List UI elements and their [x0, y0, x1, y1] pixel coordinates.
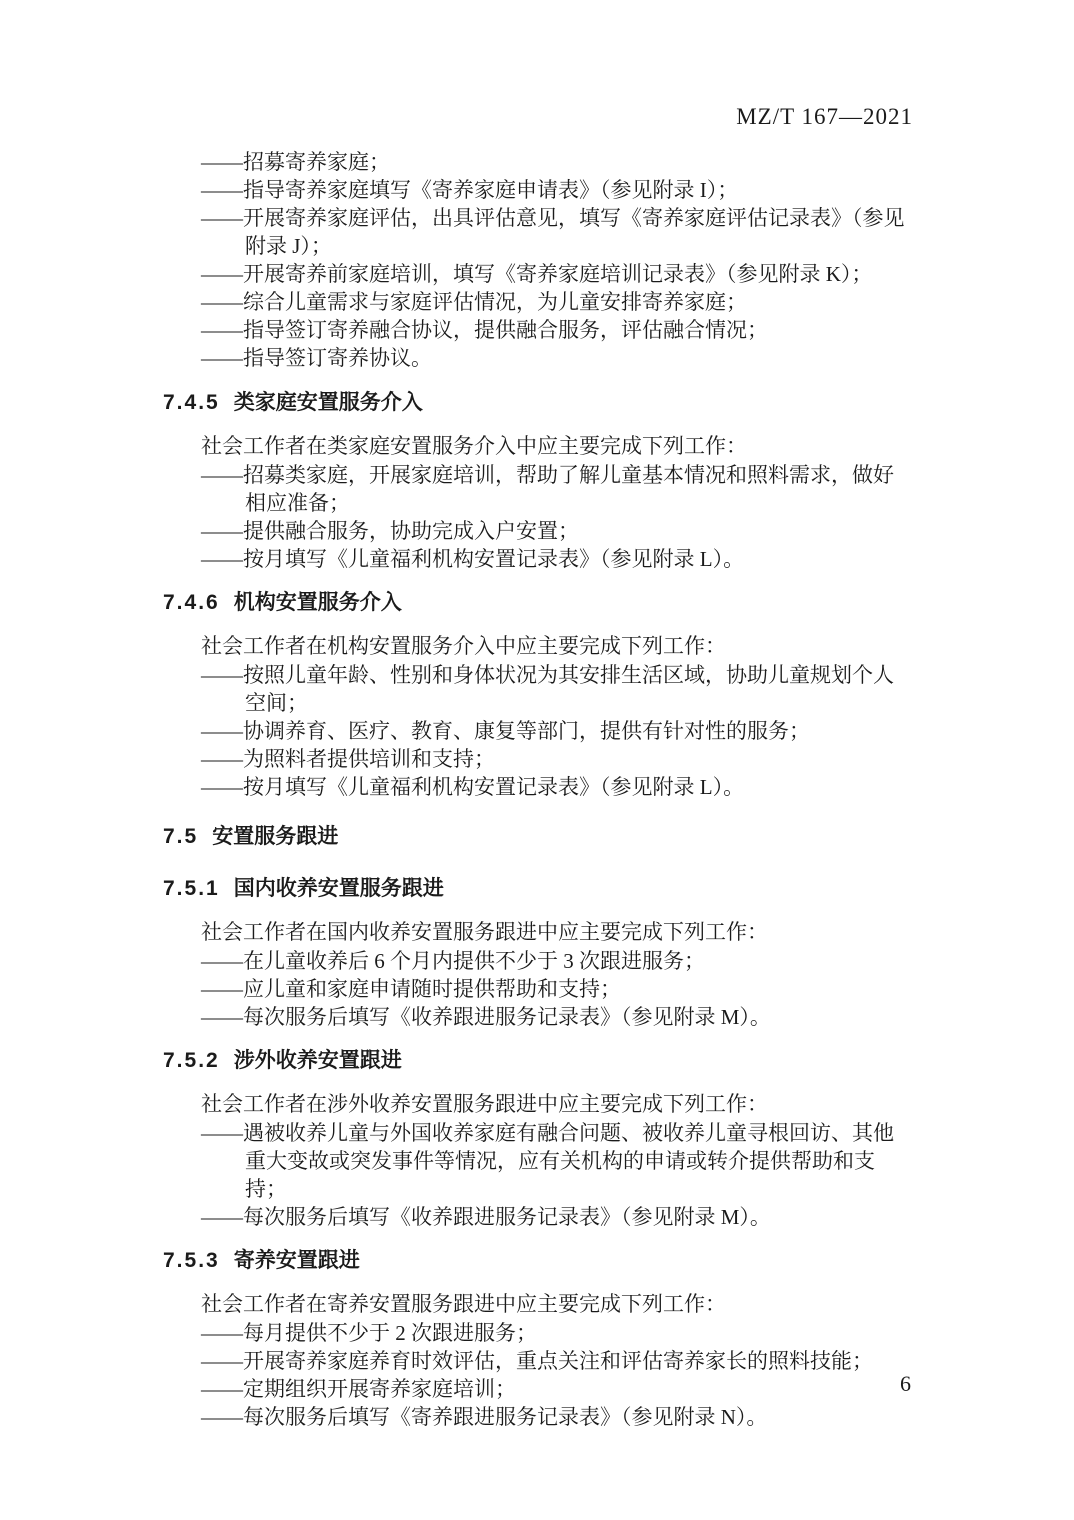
heading-number: 7.5.2 — [163, 1049, 220, 1072]
heading-title: 机构安置服务介入 — [234, 591, 402, 614]
list-item: ——开展寄养家庭养育时效评估，重点关注和评估寄养家长的照料技能； — [201, 1347, 914, 1375]
heading-number: 7.5.1 — [163, 877, 220, 900]
intro-paragraph: 社会工作者在机构安置服务介入中应主要完成下列工作： — [163, 632, 914, 660]
heading-title: 类家庭安置服务介入 — [234, 391, 423, 414]
list-item: ——开展寄养家庭评估，出具评估意见，填写《寄养家庭评估记录表》（参见附录 J）； — [201, 204, 914, 260]
list-item: ——每月提供不少于 2 次跟进服务； — [201, 1319, 914, 1347]
heading-number: 7.5.3 — [163, 1249, 220, 1272]
list-item: ——指导寄养家庭填写《寄养家庭申请表》（参见附录 I）； — [201, 176, 914, 204]
page-number: 6 — [900, 1371, 911, 1397]
heading-number: 7.4.5 — [163, 391, 220, 414]
heading-title: 寄养安置跟进 — [234, 1249, 360, 1272]
heading-number: 7.4.6 — [163, 591, 220, 614]
standard-number-header: MZ/T 167—2021 — [736, 104, 913, 130]
intro-paragraph: 社会工作者在涉外收养安置服务跟进中应主要完成下列工作： — [163, 1090, 914, 1118]
list-item: ——每次服务后填写《寄养跟进服务记录表》（参见附录 N）。 — [201, 1403, 914, 1431]
list-item: ——每次服务后填写《收养跟进服务记录表》（参见附录 M）。 — [201, 1003, 914, 1031]
list-item: ——按照儿童年龄、性别和身体状况为其安排生活区域，协助儿童规划个人空间； — [201, 661, 914, 717]
heading-7-5-3: 7.5.3寄养安置跟进 — [163, 1247, 914, 1275]
list-item: ——遇被收养儿童与外国收养家庭有融合问题、被收养儿童寻根回访、其他重大变故或突发… — [201, 1119, 914, 1203]
list-domestic-adoption-followup-tasks: ——在儿童收养后 6 个月内提供不少于 3 次跟进服务； ——应儿童和家庭申请随… — [163, 947, 914, 1031]
list-item: ——协调养育、医疗、教育、康复等部门，提供有针对性的服务； — [201, 717, 914, 745]
list-institutional-placement-tasks: ——按照儿童年龄、性别和身体状况为其安排生活区域，协助儿童规划个人空间； ——协… — [163, 661, 914, 801]
list-item: ——开展寄养前家庭培训，填写《寄养家庭培训记录表》（参见附录 K）； — [201, 260, 914, 288]
list-item: ——应儿童和家庭申请随时提供帮助和支持； — [201, 975, 914, 1003]
list-item: ——提供融合服务，协助完成入户安置； — [201, 517, 914, 545]
heading-7-5-2: 7.5.2涉外收养安置跟进 — [163, 1047, 914, 1075]
list-item: ——指导签订寄养协议。 — [201, 344, 914, 372]
list-item: ——招募类家庭，开展家庭培训，帮助了解儿童基本情况和照料需求，做好相应准备； — [201, 461, 914, 517]
list-item: ——招募寄养家庭； — [201, 148, 914, 176]
heading-title: 国内收养安置服务跟进 — [234, 877, 444, 900]
heading-number: 7.5 — [163, 825, 198, 848]
list-foster-placement-tasks: ——招募寄养家庭； ——指导寄养家庭填写《寄养家庭申请表》（参见附录 I）； —… — [163, 148, 914, 372]
document-page: { "doc": { "header": "MZ/T 167—2021", "p… — [0, 0, 1074, 1520]
list-item: ——为照料者提供培训和支持； — [201, 745, 914, 773]
list-family-like-placement-tasks: ——招募类家庭，开展家庭培训，帮助了解儿童基本情况和照料需求，做好相应准备； —… — [163, 461, 914, 573]
intro-paragraph: 社会工作者在类家庭安置服务介入中应主要完成下列工作： — [163, 432, 914, 460]
intro-paragraph: 社会工作者在国内收养安置服务跟进中应主要完成下列工作： — [163, 918, 914, 946]
heading-7-4-5: 7.4.5类家庭安置服务介入 — [163, 389, 914, 417]
heading-7-5: 7.5安置服务跟进 — [163, 823, 914, 851]
heading-7-4-6: 7.4.6机构安置服务介入 — [163, 589, 914, 617]
list-foster-followup-tasks: ——每月提供不少于 2 次跟进服务； ——开展寄养家庭养育时效评估，重点关注和评… — [163, 1319, 914, 1431]
list-intercountry-adoption-followup-tasks: ——遇被收养儿童与外国收养家庭有融合问题、被收养儿童寻根回访、其他重大变故或突发… — [163, 1119, 914, 1231]
heading-title: 涉外收养安置跟进 — [234, 1049, 402, 1072]
list-item: ——在儿童收养后 6 个月内提供不少于 3 次跟进服务； — [201, 947, 914, 975]
heading-title: 安置服务跟进 — [212, 825, 338, 848]
list-item: ——每次服务后填写《收养跟进服务记录表》（参见附录 M）。 — [201, 1203, 914, 1231]
list-item: ——定期组织开展寄养家庭培训； — [201, 1375, 914, 1403]
heading-7-5-1: 7.5.1国内收养安置服务跟进 — [163, 875, 914, 903]
intro-paragraph: 社会工作者在寄养安置服务跟进中应主要完成下列工作： — [163, 1290, 914, 1318]
list-item: ——按月填写《儿童福利机构安置记录表》（参见附录 L）。 — [201, 545, 914, 573]
document-body: ——招募寄养家庭； ——指导寄养家庭填写《寄养家庭申请表》（参见附录 I）； —… — [163, 148, 914, 1431]
list-item: ——按月填写《儿童福利机构安置记录表》（参见附录 L）。 — [201, 773, 914, 801]
list-item: ——综合儿童需求与家庭评估情况，为儿童安排寄养家庭； — [201, 288, 914, 316]
list-item: ——指导签订寄养融合协议，提供融合服务，评估融合情况； — [201, 316, 914, 344]
